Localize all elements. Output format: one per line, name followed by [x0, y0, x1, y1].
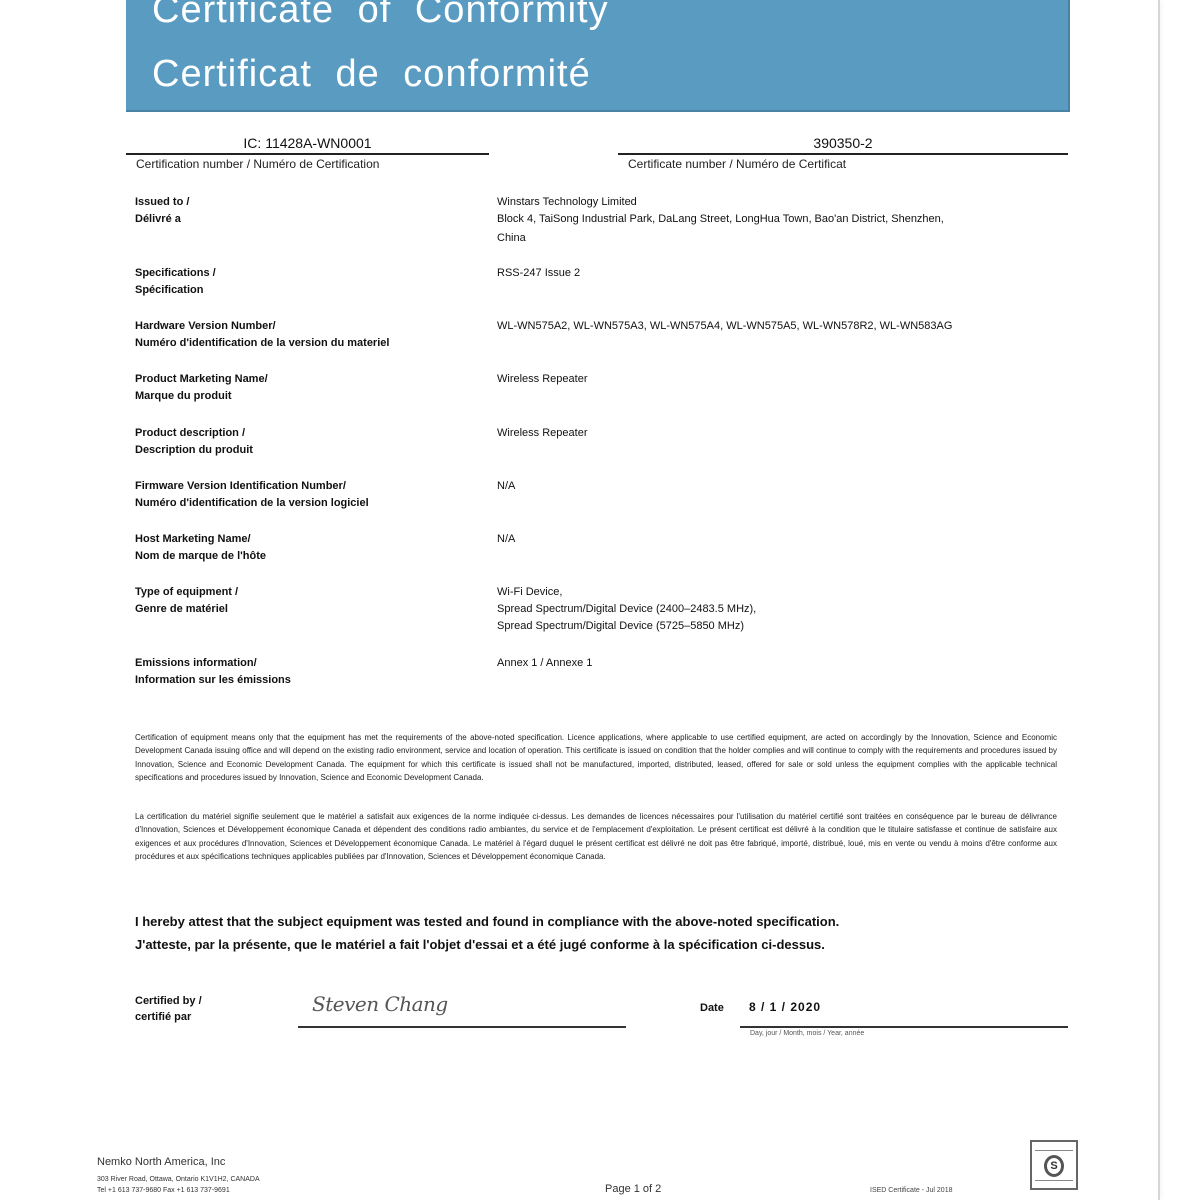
- disclaimer-french: La certification du matériel signifie se…: [135, 810, 1057, 863]
- field-value: N/A: [497, 478, 1057, 495]
- date-value: 8 / 1 / 2020: [749, 1000, 821, 1014]
- field-label: Firmware Version Identification Number/ …: [135, 478, 475, 512]
- field-value: Winstars Technology Limited Block 4, Tai…: [497, 194, 1057, 247]
- certificate-number-caption: Certificate number / Numéro de Certifica…: [618, 157, 1068, 171]
- field-label: Product Marketing Name/ Marque du produi…: [135, 371, 475, 405]
- field-value: Wireless Repeater: [497, 371, 1057, 388]
- field-value: WL-WN575A2, WL-WN575A3, WL-WN575A4, WL-W…: [497, 318, 1057, 335]
- divider: [126, 153, 489, 155]
- label-fr: Genre de matériel: [135, 601, 475, 618]
- footer-address-block: 303 River Road, Ottawa, Ontario K1V1H2, …: [97, 1174, 260, 1196]
- date-line: [740, 1026, 1068, 1028]
- field-label: Product description / Description du pro…: [135, 425, 475, 459]
- product-description-value: Wireless Repeater: [497, 425, 1057, 442]
- equipment-type-line: Spread Spectrum/Digital Device (2400–248…: [497, 601, 1057, 618]
- title-banner: Certificate of Conformity Certificat de …: [126, 0, 1070, 112]
- label-fr: Nom de marque de l'hôte: [135, 548, 475, 565]
- label-fr: Spécification: [135, 282, 475, 299]
- date-caption: Day, jour / Month, mois / Year, année: [750, 1030, 864, 1037]
- label-fr: Numéro d'identification de la version du…: [135, 335, 475, 352]
- label-en: Hardware Version Number/: [135, 318, 475, 335]
- equipment-type-line: Spread Spectrum/Digital Device (5725–585…: [497, 618, 1057, 635]
- certificate-page: Certificate of Conformity Certificat de …: [0, 0, 1160, 1200]
- field-value: N/A: [497, 531, 1057, 548]
- seal-bottom-band: [1035, 1180, 1073, 1186]
- field-label: Host Marketing Name/ Nom de marque de l'…: [135, 531, 475, 565]
- label-en: Firmware Version Identification Number/: [135, 478, 475, 495]
- label-en: Certified by /: [135, 993, 202, 1009]
- label-en: Product Marketing Name/: [135, 371, 475, 388]
- disclaimer-english: Certification of equipment means only th…: [135, 731, 1057, 784]
- label-fr: Marque du produit: [135, 388, 475, 405]
- emissions-value: Annex 1 / Annexe 1: [497, 655, 1057, 672]
- field-label: Hardware Version Number/ Numéro d'identi…: [135, 318, 475, 352]
- host-marketing-name-value: N/A: [497, 531, 1057, 548]
- field-value: Wi-Fi Device, Spread Spectrum/Digital De…: [497, 584, 1057, 635]
- hardware-version-value: WL-WN575A2, WL-WN575A3, WL-WN575A4, WL-W…: [497, 318, 1057, 335]
- label-en: Emissions information/: [135, 655, 475, 672]
- field-value: Wireless Repeater: [497, 425, 1057, 442]
- equipment-type-line: Wi-Fi Device,: [497, 584, 1057, 601]
- accreditation-seal-icon: S: [1030, 1140, 1078, 1190]
- certificate-number-block: 390350-2 Certificate number / Numéro de …: [618, 133, 1068, 171]
- certification-number-block: IC: 11428A-WN0001 Certification number /…: [126, 133, 489, 171]
- label-fr: Délivré a: [135, 211, 475, 228]
- seal-emblem-icon: S: [1044, 1155, 1064, 1177]
- date-label: Date: [700, 1002, 724, 1014]
- certification-number: IC: 11428A-WN0001: [126, 133, 489, 153]
- label-fr: certifié par: [135, 1009, 202, 1025]
- field-label: Emissions information/ Information sur l…: [135, 655, 475, 689]
- specification-value: RSS-247 Issue 2: [497, 265, 1057, 282]
- footer-company: Nemko North America, Inc: [97, 1156, 225, 1168]
- firmware-version-value: N/A: [497, 478, 1057, 495]
- signature-line: [298, 1026, 626, 1028]
- company-address: Block 4, TaiSong Industrial Park, DaLang…: [497, 211, 1057, 228]
- title-french: Certificat de conformité: [152, 53, 591, 96]
- company-name: Winstars Technology Limited: [497, 194, 1057, 211]
- field-value: RSS-247 Issue 2: [497, 265, 1057, 282]
- field-label: Type of equipment / Genre de matériel: [135, 584, 475, 618]
- field-label: Issued to / Délivré a: [135, 194, 475, 228]
- form-identifier: ISED Certificate - Jul 2018: [870, 1187, 952, 1194]
- divider: [618, 153, 1068, 155]
- label-fr: Description du produit: [135, 442, 475, 459]
- signature: Steven Chang: [312, 992, 448, 1016]
- label-en: Product description /: [135, 425, 475, 442]
- label-fr: Information sur les émissions: [135, 672, 475, 689]
- label-en: Type of equipment /: [135, 584, 475, 601]
- company-country: China: [497, 230, 1057, 247]
- footer-address: 303 River Road, Ottawa, Ontario K1V1H2, …: [97, 1174, 260, 1185]
- product-marketing-name-value: Wireless Repeater: [497, 371, 1057, 388]
- page-number: Page 1 of 2: [605, 1183, 661, 1195]
- footer-phone-fax: Tel +1 613 737-9680 Fax +1 613 737-9691: [97, 1185, 260, 1196]
- field-value: Annex 1 / Annexe 1: [497, 655, 1057, 672]
- title-english: Certificate of Conformity: [152, 0, 609, 32]
- label-fr: Numéro d'identification de la version lo…: [135, 495, 475, 512]
- label-en: Host Marketing Name/: [135, 531, 475, 548]
- certification-number-caption: Certification number / Numéro de Certifi…: [126, 157, 489, 171]
- certified-by-label: Certified by / certifié par: [135, 993, 202, 1025]
- field-label: Specifications / Spécification: [135, 265, 475, 299]
- certificate-number: 390350-2: [618, 133, 1068, 153]
- seal-top-band: [1035, 1144, 1073, 1151]
- attestation-english: I hereby attest that the subject equipme…: [135, 911, 1035, 933]
- attestation-french: J'atteste, par la présente, que le matér…: [135, 934, 1035, 956]
- label-en: Specifications /: [135, 265, 475, 282]
- label-en: Issued to /: [135, 194, 475, 211]
